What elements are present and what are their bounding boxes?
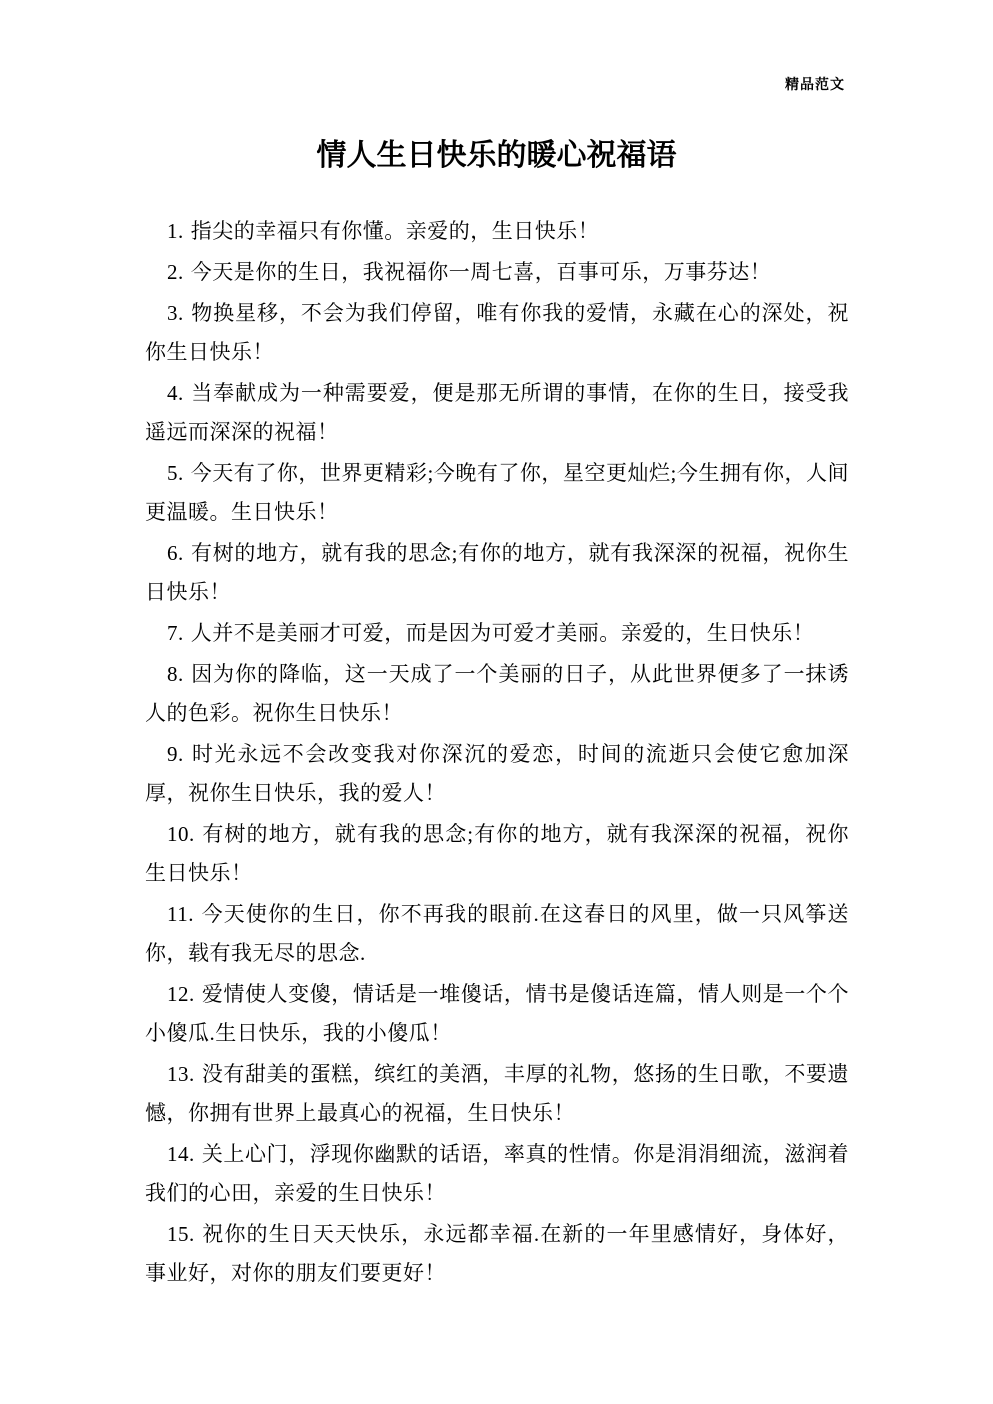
wish-item: 12.爱情使人变傻，情话是一堆傻话，情书是傻话连篇，情人则是一个个小傻瓜.生日快… xyxy=(145,975,849,1053)
wish-item-number: 2. xyxy=(167,260,184,284)
wish-item-number: 8. xyxy=(167,662,184,686)
wish-item-number: 7. xyxy=(167,621,184,645)
wish-item-number: 3. xyxy=(167,301,184,325)
wish-item-number: 4. xyxy=(167,381,184,405)
wish-item: 8.因为你的降临，这一天成了一个美丽的日子，从此世界便多了一抹诱人的色彩。祝你生… xyxy=(145,655,849,733)
wish-item-number: 9. xyxy=(167,742,184,766)
wish-item-text: 指尖的幸福只有你懂。亲爱的，生日快乐！ xyxy=(191,219,600,243)
wish-item: 14.关上心门，浮现你幽默的话语，率真的性情。你是涓涓细流，滋润着我们的心田，亲… xyxy=(145,1135,849,1213)
wish-item-text: 今天使你的生日，你不再我的眼前.在这春日的风里，做一只风筝送你，载有我无尽的思念… xyxy=(145,902,849,965)
wish-item-text: 关上心门，浮现你幽默的话语，率真的性情。你是涓涓细流，滋润着我们的心田，亲爱的生… xyxy=(145,1142,849,1205)
wish-item-text: 今天是你的生日，我祝福你一周七喜，百事可乐，万事芬达！ xyxy=(191,260,772,284)
wish-item-number: 5. xyxy=(167,461,184,485)
wish-item-text: 有树的地方，就有我的思念;有你的地方，就有我深深的祝福，祝你生日快乐！ xyxy=(145,541,849,604)
wish-item: 5.今天有了你，世界更精彩;今晚有了你，星空更灿烂;今生拥有你，人间更温暖。生日… xyxy=(145,454,849,532)
wish-item-number: 12. xyxy=(167,982,195,1006)
wish-item: 4.当奉献成为一种需要爱，便是那无所谓的事情，在你的生日，接受我遥远而深深的祝福… xyxy=(145,374,849,452)
wish-item-text: 今天有了你，世界更精彩;今晚有了你，星空更灿烂;今生拥有你，人间更温暖。生日快乐… xyxy=(145,461,849,524)
wish-item-text: 祝你的生日天天快乐，永远都幸福.在新的一年里感情好，身体好，事业好，对你的朋友们… xyxy=(145,1222,849,1285)
page-title: 情人生日快乐的暖心祝福语 xyxy=(0,130,993,174)
wish-item-number: 1. xyxy=(167,219,184,243)
wish-item-text: 当奉献成为一种需要爱，便是那无所谓的事情，在你的生日，接受我遥远而深深的祝福！ xyxy=(145,381,849,444)
wish-item: 11.今天使你的生日，你不再我的眼前.在这春日的风里，做一只风筝送你，载有我无尽… xyxy=(145,895,849,973)
wish-item-number: 10. xyxy=(167,822,195,846)
document-page: 精品范文 情人生日快乐的暖心祝福语 1.指尖的幸福只有你懂。亲爱的，生日快乐！ … xyxy=(0,0,993,1404)
wish-item-text: 有树的地方，就有我的思念;有你的地方，就有我深深的祝福，祝你生日快乐！ xyxy=(145,822,849,885)
wish-item: 15.祝你的生日天天快乐，永远都幸福.在新的一年里感情好，身体好，事业好，对你的… xyxy=(145,1215,849,1293)
wish-item-number: 6. xyxy=(167,541,184,565)
wish-item: 6.有树的地方，就有我的思念;有你的地方，就有我深深的祝福，祝你生日快乐！ xyxy=(145,534,849,612)
wish-item-text: 爱情使人变傻，情话是一堆傻话，情书是傻话连篇，情人则是一个个小傻瓜.生日快乐，我… xyxy=(145,982,849,1045)
wish-item-number: 14. xyxy=(167,1142,195,1166)
wish-item-text: 因为你的降临，这一天成了一个美丽的日子，从此世界便多了一抹诱人的色彩。祝你生日快… xyxy=(145,662,849,725)
watermark-label: 精品范文 xyxy=(785,74,845,94)
wish-item-number: 13. xyxy=(167,1062,195,1086)
wish-item-text: 物换星移，不会为我们停留，唯有你我的爱情，永藏在心的深处，祝你生日快乐！ xyxy=(145,301,849,364)
wish-item: 10.有树的地方，就有我的思念;有你的地方，就有我深深的祝福，祝你生日快乐！ xyxy=(145,815,849,893)
wish-item: 3.物换星移，不会为我们停留，唯有你我的爱情，永藏在心的深处，祝你生日快乐！ xyxy=(145,294,849,372)
wish-item: 7.人并不是美丽才可爱，而是因为可爱才美丽。亲爱的，生日快乐！ xyxy=(145,614,849,653)
wish-item-text: 没有甜美的蛋糕，缤红的美酒，丰厚的礼物，悠扬的生日歌，不要遗憾，你拥有世界上最真… xyxy=(145,1062,849,1125)
wish-item: 1.指尖的幸福只有你懂。亲爱的，生日快乐！ xyxy=(145,212,849,251)
wish-item-number: 11. xyxy=(167,902,194,926)
wish-item: 13.没有甜美的蛋糕，缤红的美酒，丰厚的礼物，悠扬的生日歌，不要遗憾，你拥有世界… xyxy=(145,1055,849,1133)
wish-item: 9.时光永远不会改变我对你深沉的爱恋，时间的流逝只会使它愈加深厚，祝你生日快乐，… xyxy=(145,735,849,813)
wishes-list: 1.指尖的幸福只有你懂。亲爱的，生日快乐！ 2.今天是你的生日，我祝福你一周七喜… xyxy=(145,210,849,1295)
wish-item-number: 15. xyxy=(167,1222,195,1246)
wish-item-text: 人并不是美丽才可爱，而是因为可爱才美丽。亲爱的，生日快乐！ xyxy=(191,621,815,645)
wish-item: 2.今天是你的生日，我祝福你一周七喜，百事可乐，万事芬达！ xyxy=(145,253,849,292)
wish-item-text: 时光永远不会改变我对你深沉的爱恋，时间的流逝只会使它愈加深厚，祝你生日快乐，我的… xyxy=(145,742,849,805)
